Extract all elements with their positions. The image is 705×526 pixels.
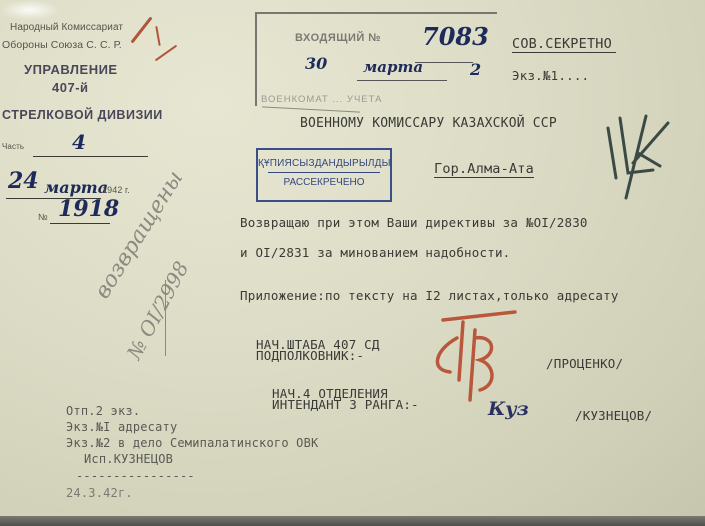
body-line-1: Возвращаю при этом Ваши директивы за №ОI… [240, 215, 588, 230]
signer-1-name: /ПРОЦЕНКО/ [546, 356, 623, 371]
photo-bottom-edge [0, 516, 705, 526]
date-year: 1942 г. [102, 185, 130, 195]
distribution-copies: Отп.2 экз. [66, 404, 140, 418]
stamp-defense-union: Обороны Союза С. С. Р. [2, 39, 122, 51]
declassified-stamp: ҚҰПИЯСЫЗДАНДЫРЫЛДЫ РАССЕКРЕЧЕНО [256, 148, 392, 202]
red-signature-icon [425, 310, 525, 410]
incoming-day-handwritten: 30 [305, 54, 327, 73]
distribution-date: 24.3.42г. [66, 486, 133, 500]
strike-mark [262, 106, 360, 112]
incoming-label: ВХОДЯЩИЙ № [295, 32, 381, 44]
distribution-copy-2: Экз.№2 в дело Семипалатинского ОВК [66, 436, 318, 450]
copy-value: 1.... [551, 68, 590, 83]
part-underline [33, 156, 148, 157]
number-prefix: № [38, 212, 48, 222]
resolution-mark-icon [598, 108, 678, 208]
outgoing-number-handwritten: 1918 [58, 196, 119, 222]
photo-glare [0, 0, 60, 20]
pencil-note-number: № ОI/2998 [122, 257, 194, 363]
signer-2-handwritten: Куз [488, 398, 529, 420]
part-handwritten: 4 [72, 130, 86, 154]
incoming-bottom-text: ВОЕНКОМАТ ... УЧЕТА [261, 94, 382, 105]
body-line-2: и ОI/2831 за минованием надобности. [240, 245, 510, 260]
stamp-commissariat: Народный Комиссариат [10, 22, 123, 33]
red-pencil-mark [155, 26, 160, 46]
stamp-rifle-division: СТРЕЛКОВОЙ ДИВИЗИИ [2, 108, 163, 122]
declass-russian: РАССЕКРЕЧЕНО [258, 177, 390, 188]
incoming-year-handwritten: 2 [470, 60, 481, 79]
attachment-line: Приложение:по тексту на I2 листах,только… [240, 288, 619, 303]
stamp-directorate: УПРАВЛЕНИЕ [24, 62, 118, 77]
copy-label: Экз.№ [512, 68, 551, 83]
signer-1-rank: ПОДПОЛКОВНИК:- [256, 350, 380, 361]
distribution-copy-1: Экз.№I адресату [66, 420, 177, 434]
red-pencil-mark [155, 45, 177, 62]
number-underline [50, 223, 110, 224]
signature-block-department-head: НАЧ.4 ОТДЕЛЕНИЯ ИНТЕНДАНТ 3 РАНГА:- [272, 388, 419, 410]
classification-title: СОВ.СЕКРЕТНО [512, 36, 616, 53]
incoming-number-handwritten: 7083 [422, 22, 489, 51]
executor: Исп.КУЗНЕЦОВ [84, 452, 173, 466]
copy-number: Экз.№1.... [512, 68, 589, 83]
red-pencil-mark [130, 16, 152, 43]
distribution-separator: ---------------- [76, 469, 195, 483]
addressee-city: Гор.Алма-Ата [434, 161, 534, 178]
signer-2-name: /КУЗНЕЦОВ/ [575, 408, 652, 423]
date-underline [6, 198, 101, 199]
signature-block-chief-of-staff: НАЧ.ШТАБА 407 СД ПОДПОЛКОВНИК:- [256, 339, 380, 361]
date-day-handwritten: 24 [8, 168, 39, 194]
stamp-division-number: 407-й [52, 80, 89, 95]
incoming-month-line [357, 80, 447, 81]
document-page: Народный Комиссариат Обороны Союза С. С.… [0, 0, 705, 518]
signer-2-rank: ИНТЕНДАНТ 3 РАНГА:- [272, 399, 419, 410]
incoming-number-line [415, 62, 473, 63]
incoming-stamp: ВХОДЯЩИЙ № 7083 30 марта 2 ВОЕНКОМАТ ...… [255, 12, 497, 106]
declass-separator [268, 172, 380, 173]
incoming-month-handwritten: марта [363, 58, 423, 76]
pencil-line [165, 280, 166, 356]
addressee-line: ВОЕННОМУ КОМИССАРУ КАЗАХСКОЙ ССР [300, 116, 557, 131]
declass-kazakh: ҚҰПИЯСЫЗДАНДЫРЫЛДЫ [258, 158, 390, 169]
date-month-handwritten: марта [44, 178, 108, 197]
part-label: Часть [2, 142, 24, 151]
